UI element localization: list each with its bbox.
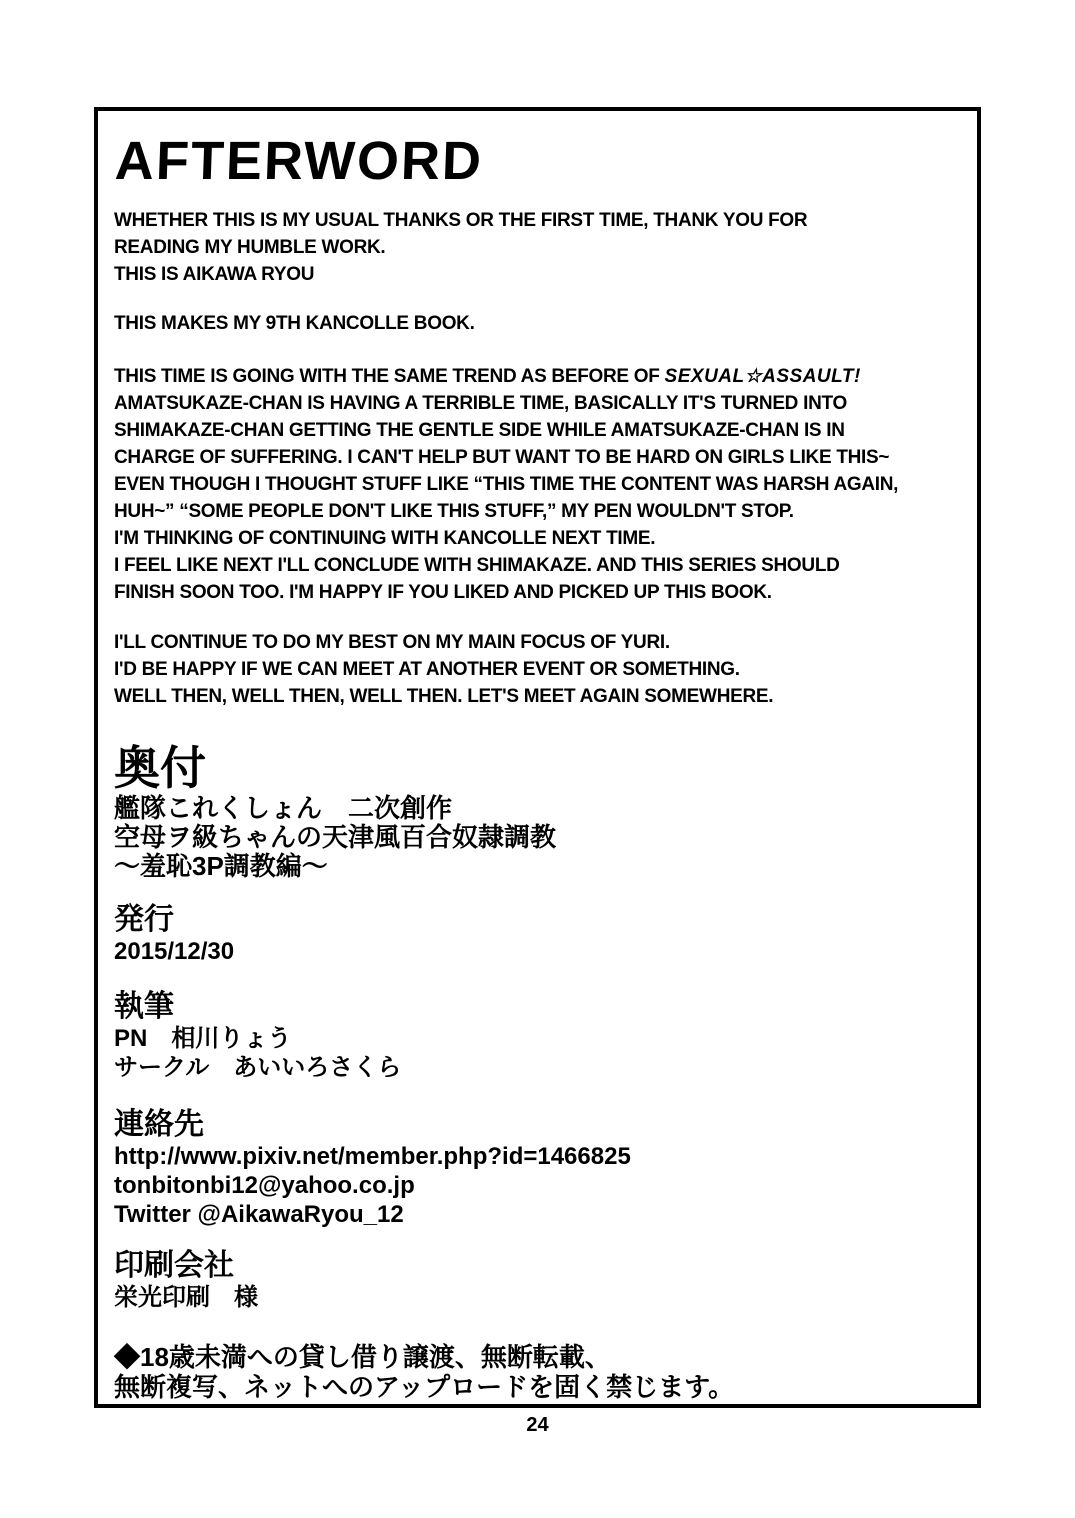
notice-line: ◆18歳未満への貸し借り譲渡、無断転載、 [114, 1342, 963, 1372]
afterword-line: READING MY HUMBLE WORK. [114, 234, 963, 261]
work-title-line: 空母ヲ級ちゃんの天津風百合奴隷調教 [114, 823, 963, 852]
afterword-line: I'M THINKING OF CONTINUING WITH KANCOLLE… [114, 525, 963, 552]
work-title-line: 艦隊これくしょん 二次創作 [114, 794, 963, 823]
colophon-heading: 奥付 [114, 742, 963, 794]
afterword-paragraph: THIS TIME IS GOING WITH THE SAME TREND A… [114, 363, 963, 606]
section-heading: 連絡先 [114, 1108, 963, 1142]
afterword-paragraph: WHETHER THIS IS MY USUAL THANKS OR THE F… [114, 207, 963, 288]
pen-name: PN 相川りょう [114, 1024, 963, 1053]
afterword-line: FINISH SOON TOO. I'M HAPPY IF YOU LIKED … [114, 579, 963, 606]
page-border-frame: AFTERWORD WHETHER THIS IS MY USUAL THANK… [94, 107, 981, 1408]
copyright-notice: ◆18歳未満への貸し借り譲渡、無断転載、 無断複写、ネットへのアップロードを固く… [114, 1342, 963, 1402]
afterword-line: I'LL CONTINUE TO DO MY BEST ON MY MAIN F… [114, 629, 963, 656]
section-heading: 執筆 [114, 990, 963, 1024]
afterword-line-emphasis: SEXUAL☆ASSAULT! [665, 366, 861, 387]
afterword-line-prefix: THIS TIME IS GOING WITH THE SAME TREND A… [114, 366, 665, 387]
afterword-line: WHETHER THIS IS MY USUAL THANKS OR THE F… [114, 207, 963, 234]
colophon: 奥付 艦隊これくしょん 二次創作 空母ヲ級ちゃんの天津風百合奴隷調教 ～羞恥3P… [114, 742, 963, 1402]
colophon-section-author: 執筆 PN 相川りょう サークル あいいろさくら [114, 990, 963, 1082]
notice-line: 無断複写、ネットへのアップロードを固く禁じます。 [114, 1372, 963, 1402]
publication-date: 2015/12/30 [114, 937, 963, 966]
section-heading: 印刷会社 [114, 1249, 963, 1283]
colophon-section-publication: 発行 2015/12/30 [114, 903, 963, 966]
email-address: tonbitonbi12@yahoo.co.jp [114, 1171, 963, 1200]
afterword-line: THIS TIME IS GOING WITH THE SAME TREND A… [114, 363, 963, 390]
afterword-line: I'D BE HAPPY IF WE CAN MEET AT ANOTHER E… [114, 656, 963, 683]
circle-name: サークル あいいろさくら [114, 1053, 963, 1082]
afterword-line: EVEN THOUGH I THOUGHT STUFF LIKE “THIS T… [114, 471, 963, 498]
afterword-line: CHARGE OF SUFFERING. I CAN'T HELP BUT WA… [114, 444, 963, 471]
afterword-line: SHIMAKAZE-CHAN GETTING THE GENTLE SIDE W… [114, 417, 963, 444]
colophon-section-contact: 連絡先 http://www.pixiv.net/member.php?id=1… [114, 1108, 963, 1229]
colophon-section-printer: 印刷会社 栄光印刷 様 [114, 1249, 963, 1312]
afterword-line: THIS MAKES MY 9TH KANCOLLE BOOK. [114, 310, 963, 337]
twitter-handle: Twitter @AikawaRyou_12 [114, 1200, 963, 1229]
page-number: 24 [94, 1414, 981, 1437]
afterword-line: THIS IS AIKAWA RYOU [114, 261, 963, 288]
afterword-title: AFTERWORD [114, 133, 965, 189]
afterword-paragraph: THIS MAKES MY 9TH KANCOLLE BOOK. [114, 310, 963, 337]
printer-name: 栄光印刷 様 [114, 1283, 963, 1312]
work-title-line: ～羞恥3P調教編～ [114, 852, 963, 881]
afterword-line: I FEEL LIKE NEXT I'LL CONCLUDE WITH SHIM… [114, 552, 963, 579]
afterword-line: HUH~” “SOME PEOPLE DON'T LIKE THIS STUFF… [114, 498, 963, 525]
afterword-paragraph: I'LL CONTINUE TO DO MY BEST ON MY MAIN F… [114, 629, 963, 710]
section-heading: 発行 [114, 903, 963, 937]
afterword-line: WELL THEN, WELL THEN, WELL THEN. LET'S M… [114, 683, 963, 710]
pixiv-url: http://www.pixiv.net/member.php?id=14668… [114, 1142, 963, 1171]
afterword-line: AMATSUKAZE-CHAN IS HAVING A TERRIBLE TIM… [114, 390, 963, 417]
